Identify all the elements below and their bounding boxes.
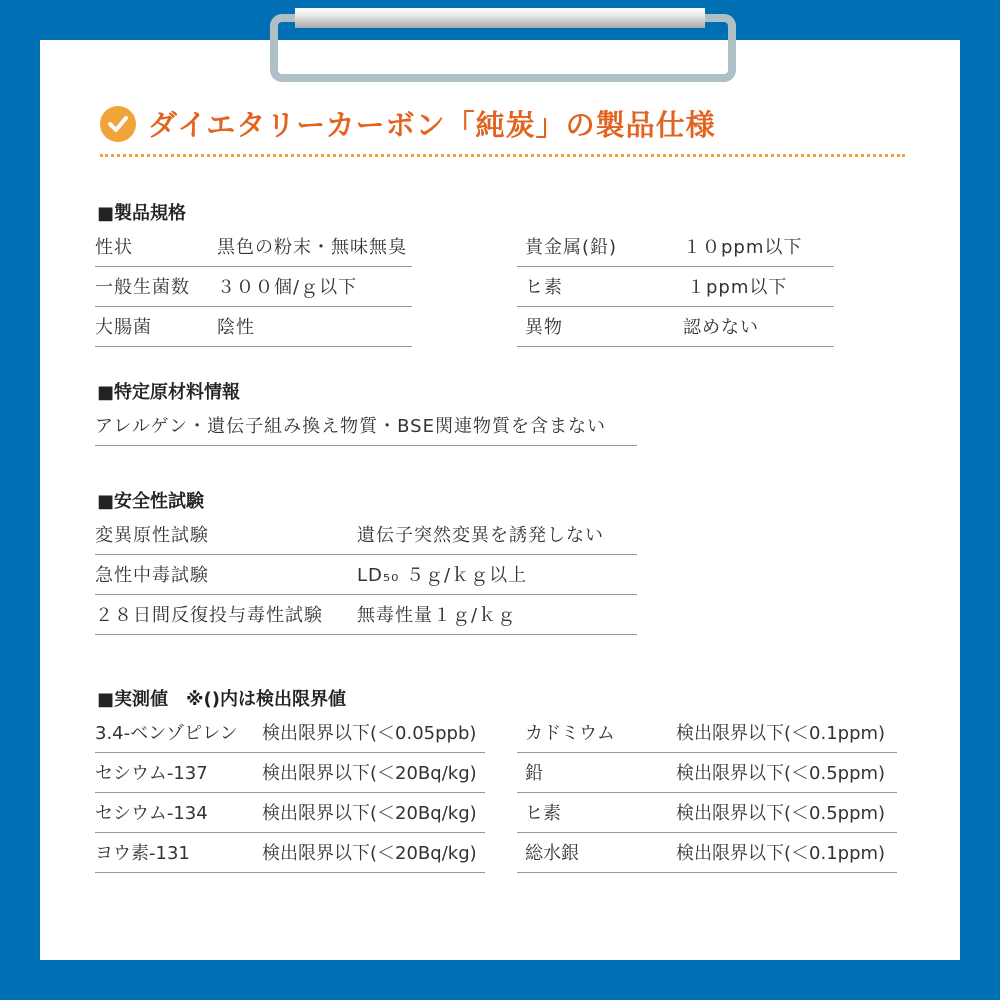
- measured-value: 検出限界以下(＜0.1ppm): [676, 839, 885, 865]
- measured-label: カドミウム: [517, 719, 615, 745]
- spec-value: １ppm以下: [687, 273, 787, 299]
- measured-value: 検出限界以下(＜20Bq/kg): [262, 799, 477, 825]
- spec-row: 一般生菌数 ３００個/ｇ以下: [95, 266, 412, 307]
- measured-value: 検出限界以下(＜20Bq/kg): [262, 839, 477, 865]
- measured-label: 鉛: [517, 759, 543, 785]
- measured-label: セシウム-137: [95, 759, 208, 785]
- measured-row: 3.4-ベンゾピレン 検出限界以下(＜0.05ppb): [95, 712, 485, 753]
- section-heading-allergen: ■特定原材料情報: [97, 378, 240, 404]
- measured-value: 検出限界以下(＜20Bq/kg): [262, 759, 477, 785]
- spec-value: １０ppm以下: [683, 233, 802, 259]
- safety-label: 急性中毒試験: [95, 561, 209, 587]
- measured-label: 総水銀: [517, 839, 579, 865]
- spec-label: 性状: [95, 233, 133, 259]
- measured-label: ヨウ素-131: [95, 839, 190, 865]
- spec-label: 一般生菌数: [95, 273, 190, 299]
- allergen-row: アレルゲン・遺伝子組み換え物質・BSE関連物質を含まない: [95, 405, 637, 446]
- safety-row: ２８日間反復投与毒性試験 無毒性量１ｇ/ｋｇ: [95, 594, 637, 635]
- safety-row: 急性中毒試験 LD₅₀ ５ｇ/ｋｇ以上: [95, 554, 637, 595]
- safety-label: ２８日間反復投与毒性試験: [95, 601, 323, 627]
- measured-row: 鉛 検出限界以下(＜0.5ppm): [517, 752, 897, 793]
- spec-value: 陰性: [217, 313, 255, 339]
- spec-row: 性状 黒色の粉末・無味無臭: [95, 226, 412, 267]
- measured-row: カドミウム 検出限界以下(＜0.1ppm): [517, 712, 897, 753]
- spec-row: 貴金属(鉛) １０ppm以下: [517, 226, 834, 267]
- safety-value: 遺伝子突然変異を誘発しない: [357, 521, 604, 547]
- title-row: ダイエタリーカーボン「純炭」の製品仕様: [100, 103, 716, 144]
- measured-row: セシウム-134 検出限界以下(＜20Bq/kg): [95, 792, 485, 833]
- spec-row: 異物 認めない: [517, 306, 834, 347]
- measured-row: 総水銀 検出限界以下(＜0.1ppm): [517, 832, 897, 873]
- section-heading-spec: ■製品規格: [97, 199, 186, 225]
- spec-label: 大腸菌: [95, 313, 152, 339]
- allergen-text: アレルゲン・遺伝子組み換え物質・BSE関連物質を含まない: [95, 412, 606, 438]
- spec-value: 認めない: [683, 313, 759, 339]
- measured-value: 検出限界以下(＜0.1ppm): [676, 719, 885, 745]
- spec-label: 貴金属(鉛): [517, 233, 617, 259]
- safety-row: 変異原性試験 遺伝子突然変異を誘発しない: [95, 514, 637, 555]
- section-heading-measured: ■実測値 ※()内は検出限界値: [97, 685, 346, 711]
- measured-value: 検出限界以下(＜0.05ppb): [262, 719, 476, 745]
- measured-label: ヒ素: [517, 799, 561, 825]
- measured-row: セシウム-137 検出限界以下(＜20Bq/kg): [95, 752, 485, 793]
- page-title: ダイエタリーカーボン「純炭」の製品仕様: [148, 103, 716, 144]
- spec-value: 黒色の粉末・無味無臭: [217, 233, 407, 259]
- safety-value: LD₅₀ ５ｇ/ｋｇ以上: [357, 561, 527, 587]
- spec-row: ヒ素 １ppm以下: [517, 266, 834, 307]
- spec-row: 大腸菌 陰性: [95, 306, 412, 347]
- spec-label: 異物: [517, 313, 563, 339]
- safety-value: 無毒性量１ｇ/ｋｇ: [357, 601, 516, 627]
- check-circle-icon: [100, 106, 136, 142]
- spec-label: ヒ素: [517, 273, 563, 299]
- clipboard-clip-bar: [295, 8, 705, 28]
- section-heading-safety: ■安全性試験: [97, 487, 204, 513]
- measured-value: 検出限界以下(＜0.5ppm): [676, 799, 885, 825]
- measured-row: ヒ素 検出限界以下(＜0.5ppm): [517, 792, 897, 833]
- measured-label: セシウム-134: [95, 799, 208, 825]
- measured-label: 3.4-ベンゾピレン: [95, 719, 238, 745]
- measured-value: 検出限界以下(＜0.5ppm): [676, 759, 885, 785]
- spec-value: ３００個/ｇ以下: [217, 273, 357, 299]
- measured-row: ヨウ素-131 検出限界以下(＜20Bq/kg): [95, 832, 485, 873]
- safety-label: 変異原性試験: [95, 521, 209, 547]
- dotted-divider: [100, 154, 905, 157]
